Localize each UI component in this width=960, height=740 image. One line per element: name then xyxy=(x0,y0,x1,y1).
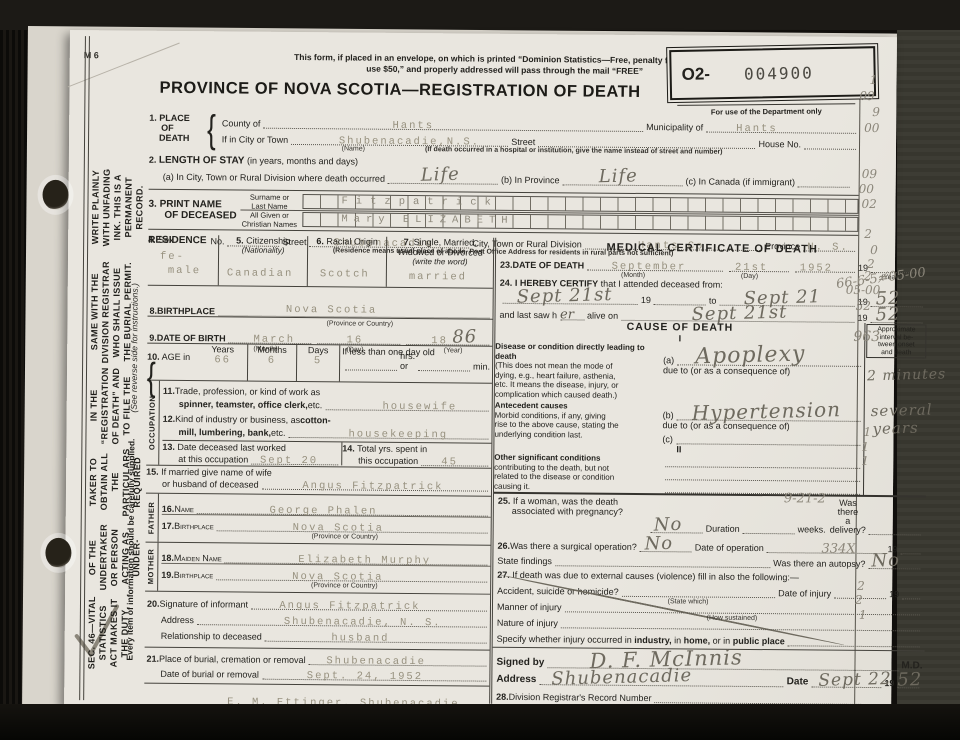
birthplace-value: Nova Scotia xyxy=(286,304,377,317)
age-label: AGE in xyxy=(162,352,191,362)
cause-desc-1: Disease or condition directly leading to… xyxy=(495,342,663,362)
interval-column: Approximate interval be- tween onset and… xyxy=(863,323,927,496)
dob-year-hand: 86 xyxy=(452,326,477,348)
s13-value: Sept 20 xyxy=(260,455,318,468)
s1-label-of: OF xyxy=(149,123,207,134)
specify-label: Specify whether injury occurred in xyxy=(497,634,632,645)
attended-from: Sept 21st xyxy=(516,284,612,308)
s8-number: 8. xyxy=(150,306,158,316)
cause-of-death-block: CAUSE OF DEATH I Disease or condition di… xyxy=(494,320,928,498)
record-number-label: Division Registrar's Record Number xyxy=(509,692,652,703)
specify-industry: industry, xyxy=(634,635,671,645)
birthplace-label: BIRTHPLACE xyxy=(157,306,215,317)
mother-birthplace-sub: (Province or Country) xyxy=(311,582,378,590)
s13-number: 13. xyxy=(162,442,175,452)
informant-address-value: Shubenacadie, N. S. xyxy=(284,616,442,629)
row-pregnancy: 25. If a woman, was the death associated… xyxy=(494,494,926,536)
form-columns: 4. Sex fe- male 5. Citizenship (National… xyxy=(144,235,858,707)
pencil-note: 1 xyxy=(861,454,869,468)
operation-label: Was there a surgical operation? xyxy=(510,541,637,552)
cause-b-label: (b) xyxy=(663,410,674,420)
s19-number: 19. xyxy=(161,570,174,580)
mother-rotated-label: MOTHER xyxy=(144,543,158,591)
racial-origin-label: Racial Origin xyxy=(326,236,378,246)
section-length-of-stay: 2. LENGTH OF STAY (in years, months and … xyxy=(149,155,859,188)
city-town-value: Shubenacadie,N.S. xyxy=(339,135,480,148)
s9-number: 9. xyxy=(149,333,157,343)
interval-a-value: 2 minutes xyxy=(867,366,947,384)
last-saw-label2: alive on xyxy=(587,311,618,321)
registration-form: This form, if placed in an envelope, on … xyxy=(144,31,862,713)
s2-label: LENGTH OF STAY xyxy=(159,155,245,167)
s2b-label: (b) In Province xyxy=(501,175,560,186)
delivery-label1: Was there xyxy=(838,498,859,517)
specify-in: in xyxy=(674,635,681,645)
dob-label: DATE OF BIRTH xyxy=(157,333,226,344)
s6-number: 6. xyxy=(316,236,324,246)
findings-label: State findings xyxy=(497,556,552,566)
signed-date-value: Sept 22 xyxy=(818,669,892,691)
s12-label1: Kind of industry or business, as xyxy=(175,414,300,425)
s13-label2: at this occupation xyxy=(178,454,248,465)
pencil-note: 09 xyxy=(862,167,877,181)
pencil-note: 9 xyxy=(872,105,880,119)
pencil-note: 52 xyxy=(856,299,871,313)
s13-label1: Date deceased last worked xyxy=(177,442,286,453)
s3-label2: OF DECEASED xyxy=(148,209,240,221)
cause-c-label: (c) xyxy=(662,434,673,444)
pencil-note: 2 xyxy=(864,227,872,241)
other-cond-4: causing it. xyxy=(494,481,662,492)
signed-date-label: Date xyxy=(787,676,809,687)
mother-name-value: Elizabeth Murphy xyxy=(298,554,431,567)
s18-number: 18. xyxy=(161,553,174,563)
s2-paren: (in years, months and days) xyxy=(247,156,358,167)
interval-b-value2: years xyxy=(872,419,919,438)
cause-a-value: Apoplexy xyxy=(695,342,806,370)
punch-hole-top xyxy=(42,180,68,210)
state-which-note: (State which) xyxy=(668,598,709,605)
operation-date-label: Date of operation xyxy=(695,542,764,553)
s24-number: 24. xyxy=(500,278,513,288)
injury-19: 19 xyxy=(889,589,899,599)
house-no-label: House No. xyxy=(758,139,801,149)
father-rotated-label: FATHER xyxy=(145,494,159,542)
informant-label: Signature of informant xyxy=(159,599,248,610)
s2c-label: (c) In Canada (if immigrant) xyxy=(685,176,795,187)
sex-value-2: male xyxy=(168,265,201,277)
department-use-note: For use of the Department only xyxy=(677,103,855,117)
marital-label1: Single, Married, xyxy=(414,237,477,248)
cause-a-label: (a) xyxy=(663,355,674,365)
pencil-note: 9-21-2 xyxy=(784,491,826,506)
informant-relationship-label: Relationship to deceased xyxy=(161,631,262,642)
background-top xyxy=(0,0,960,30)
background-bottom xyxy=(0,704,960,740)
specify-or: or in xyxy=(713,636,731,646)
row-burial: 21. Place of burial, cremation or remova… xyxy=(144,648,489,687)
pencil-note: 2 xyxy=(857,579,865,593)
s14-label1: Total yrs. spent in xyxy=(357,444,427,455)
weeks-label: weeks. xyxy=(798,524,826,534)
cause-b-value: Hypertension xyxy=(691,397,841,425)
s3-label1: PRINT NAME xyxy=(160,198,222,210)
row-spouse: 15. If married give name of wife or husb… xyxy=(146,466,491,497)
scanned-death-certificate: M 6 SEC. 46—VITAL STATISTICS ACT MAKES I… xyxy=(0,0,960,740)
municipality-label: Municipality of xyxy=(646,122,703,132)
marital-sub: (write the word) xyxy=(387,257,493,267)
sex-value-1: fe- xyxy=(160,251,185,263)
how-sustained-note: (How sustained) xyxy=(707,615,758,622)
s17-number: 17. xyxy=(162,521,175,531)
row-signed: Signed by D. F. McInnis M.D. Address Shu… xyxy=(492,647,924,689)
pencil-note: 00 xyxy=(864,121,879,135)
given-names-grid: Mary ELIZABETH xyxy=(302,212,858,232)
s12-value: housekeeping xyxy=(348,428,448,441)
s21-number: 21. xyxy=(146,654,159,664)
occupation-group: OCCUPATION 11. Trade, profession, or kin… xyxy=(146,381,492,469)
personal-column: 4. Sex fe- male 5. Citizenship (National… xyxy=(144,235,496,704)
s11-value: housewife xyxy=(382,401,457,414)
surname-value: Fitzpatrick xyxy=(341,195,498,208)
mother-name-label: Maiden Name xyxy=(174,553,222,563)
pencil-note: 2 xyxy=(855,593,863,607)
sex-label: Sex xyxy=(158,235,174,245)
physician-address-value: Shubenacadie xyxy=(551,665,692,690)
s11-label1: Trade, profession, or kind of work as xyxy=(175,386,320,397)
s28-number: 28. xyxy=(496,692,509,702)
citizenship-sub: (Nationality) xyxy=(219,245,307,255)
s15-value: Angus Fitzpatrick xyxy=(302,480,443,493)
county-label: County of xyxy=(222,118,261,128)
delivery-label2: a delivery? xyxy=(830,516,866,535)
pencil-note: 963 xyxy=(853,329,880,345)
s15-label1: If married give name of wife xyxy=(161,467,272,478)
mother-group: MOTHER 18. Maiden Name Elizabeth Murphy … xyxy=(145,543,490,595)
father-birthplace-label: Birthplace xyxy=(174,521,214,531)
age-less-label: If less than one day old xyxy=(342,346,490,357)
manner-label: Manner of injury xyxy=(497,602,562,613)
pencil-note: 09 xyxy=(859,89,874,103)
pencil-note: 1 xyxy=(863,425,871,439)
form-title: PROVINCE OF NOVA SCOTIA—REGISTRATION OF … xyxy=(159,79,640,102)
age-months-value: 6 xyxy=(248,355,296,367)
s12-label1b: cotton- xyxy=(300,415,331,425)
registration-number-prefix: O2- xyxy=(681,64,710,85)
age-days-value: 5 xyxy=(297,355,339,367)
specify-home: home, xyxy=(684,635,711,645)
surname-label2: Last Name xyxy=(240,201,298,211)
citizenship-value: Canadian xyxy=(227,267,294,280)
operation-value: No xyxy=(645,533,674,555)
s2a-label: (a) In City, Town or Rural Division wher… xyxy=(163,172,385,184)
row-date-of-birth: 9. DATE OF BIRTH March (Month) 16 (Day) … xyxy=(147,317,492,347)
certify-19c: 19 xyxy=(858,313,868,323)
last-saw-her: er xyxy=(560,307,574,322)
row-informant: 20. Signature of informant Angus Fitzpat… xyxy=(145,592,490,651)
punch-hole-bottom xyxy=(45,538,71,568)
s15-number: 15. xyxy=(146,467,159,477)
occupation-rotated-label: OCCUPATION xyxy=(145,381,160,465)
s20-number: 20. xyxy=(147,599,160,609)
given-label2: Christian Names xyxy=(240,219,298,229)
pencil-note: 334X xyxy=(821,542,855,557)
s16-number: 16. xyxy=(162,504,175,514)
s4-number: 4. xyxy=(148,235,156,245)
age-years-value: 66 xyxy=(198,354,246,366)
s11-label2b: etc. xyxy=(308,400,323,410)
interval-b-value1: several xyxy=(871,400,933,420)
cause-desc-5: complication which caused death.) xyxy=(495,389,663,400)
pencil-note: 00 xyxy=(859,182,874,196)
burial-date-value: Sept. 24, 1952 xyxy=(307,670,423,683)
s7-number: 7. xyxy=(404,237,412,247)
s25-number: 25. xyxy=(498,496,511,506)
last-saw-label1: and last saw h xyxy=(499,310,557,321)
s15-label2: or husband of deceased xyxy=(162,479,259,490)
pencil-note: 05-00 xyxy=(846,283,881,297)
informant-address-label: Address xyxy=(161,615,194,625)
s1-label-death: DEATH xyxy=(149,133,207,144)
s1-brace: { xyxy=(207,106,216,160)
county-value: Hants xyxy=(392,120,434,132)
marital-label2: Widowed or Divorced xyxy=(387,247,493,258)
s2a-value: Life xyxy=(421,164,461,186)
s2-number: 2. xyxy=(149,155,157,165)
s1-label-place: PLACE xyxy=(159,113,190,123)
mother-birthplace-label: Birthplace xyxy=(174,570,214,580)
pregnancy-label2: associated with pregnancy? xyxy=(512,506,648,517)
father-name-value: George Phalen xyxy=(270,505,378,518)
pencil-note: 1 xyxy=(861,440,869,454)
registration-number-stamp: O2- 004900 xyxy=(669,46,876,100)
certificate-paper: M 6 SEC. 46—VITAL STATISTICS ACT MAKES I… xyxy=(64,30,897,713)
s1-number: 1. xyxy=(149,113,157,123)
nature-label: Nature of injury xyxy=(497,618,558,629)
surname-label1: Surname or xyxy=(241,192,299,202)
registration-number: 004900 xyxy=(744,63,814,83)
father-group: FATHER 16. Name George Phalen 17. Birthp… xyxy=(146,494,491,546)
city-town-label: If in City or Town xyxy=(222,134,288,145)
marital-value: married xyxy=(409,271,467,284)
s3-number: 3. xyxy=(148,198,156,209)
s5-number: 5. xyxy=(236,235,244,245)
last-saw-date: Sept 21st xyxy=(691,302,787,326)
s23-number: 23. xyxy=(500,260,513,270)
physician-address-label: Address xyxy=(496,674,536,685)
pencil-note: 1 xyxy=(870,73,878,87)
burial-date-label: Date of burial or removal xyxy=(160,669,259,680)
father-name-label: Name xyxy=(174,504,194,514)
age-years-label: Years xyxy=(199,344,247,354)
burial-place-value: Shubenacadie xyxy=(326,655,426,668)
racial-origin-value: Scotch xyxy=(320,268,370,280)
s12-label2: mill, lumbering, bank, xyxy=(178,427,271,438)
row-operation: 26. Was there a surgical operation? No D… xyxy=(493,532,925,570)
pencil-note: 2 xyxy=(864,269,872,283)
dod-label: DATE OF DEATH xyxy=(512,260,584,271)
informant-signature: Angus Fitzpatrick xyxy=(279,600,420,613)
row-sex-citizenship: 4. Sex fe- male 5. Citizenship (National… xyxy=(148,235,493,289)
s2b-value: Life xyxy=(598,165,638,187)
pencil-note: 1 xyxy=(859,608,867,622)
informant-relationship-value: husband xyxy=(331,632,389,645)
age-months-label: Months xyxy=(248,345,296,355)
section-print-name: 3. PRINT NAME OF DECEASED Surname or Las… xyxy=(148,189,858,236)
signed-by-label: Signed by xyxy=(496,657,544,668)
antecedent-4: underlying condition last. xyxy=(494,429,662,440)
age-hrs-label: hrs. or xyxy=(400,351,415,371)
certify-19a: 19 xyxy=(641,295,651,305)
pencil-note: 0 xyxy=(870,243,878,257)
section-place-of-death: 1. PLACE OF DEATH { County of Hants Muni… xyxy=(149,113,859,157)
s11-number: 11. xyxy=(163,386,175,396)
citizenship-label: Citizenship xyxy=(246,236,290,246)
s14-number: 14. xyxy=(342,443,355,453)
s14-label2: this occupation xyxy=(358,456,418,467)
s11-label2: spinner, teamster, office clerk, xyxy=(179,399,308,410)
age-min-label: min. xyxy=(473,362,490,372)
date-injury-label: Date of injury xyxy=(778,588,831,598)
s26-number: 26. xyxy=(497,541,510,551)
s12-label2b: etc. xyxy=(271,428,286,438)
signed-year: 52 xyxy=(897,669,922,691)
s14-value: 45 xyxy=(441,456,458,468)
municipality-value: Hants xyxy=(736,123,778,135)
father-birthplace-sub: (Province or Country) xyxy=(311,533,378,541)
given-names-value: Mary ELIZABETH xyxy=(341,213,513,227)
pencil-note: 02 xyxy=(861,197,876,211)
street-label: Street xyxy=(511,137,535,147)
age-days-label: Days xyxy=(297,345,339,355)
burial-place-label: Place of burial, cremation or removal xyxy=(159,654,306,665)
certify-rest: that I attended deceased from: xyxy=(601,279,723,290)
given-label1: All Given or xyxy=(240,210,298,220)
row-age: 10. AGE in { Years 66 Months 6 xyxy=(147,344,492,384)
duration-label: Duration xyxy=(706,524,740,534)
s12-number: 12. xyxy=(163,414,176,424)
row-birthplace: 8. BIRTHPLACE Nova Scotia (Province or C… xyxy=(148,286,493,320)
